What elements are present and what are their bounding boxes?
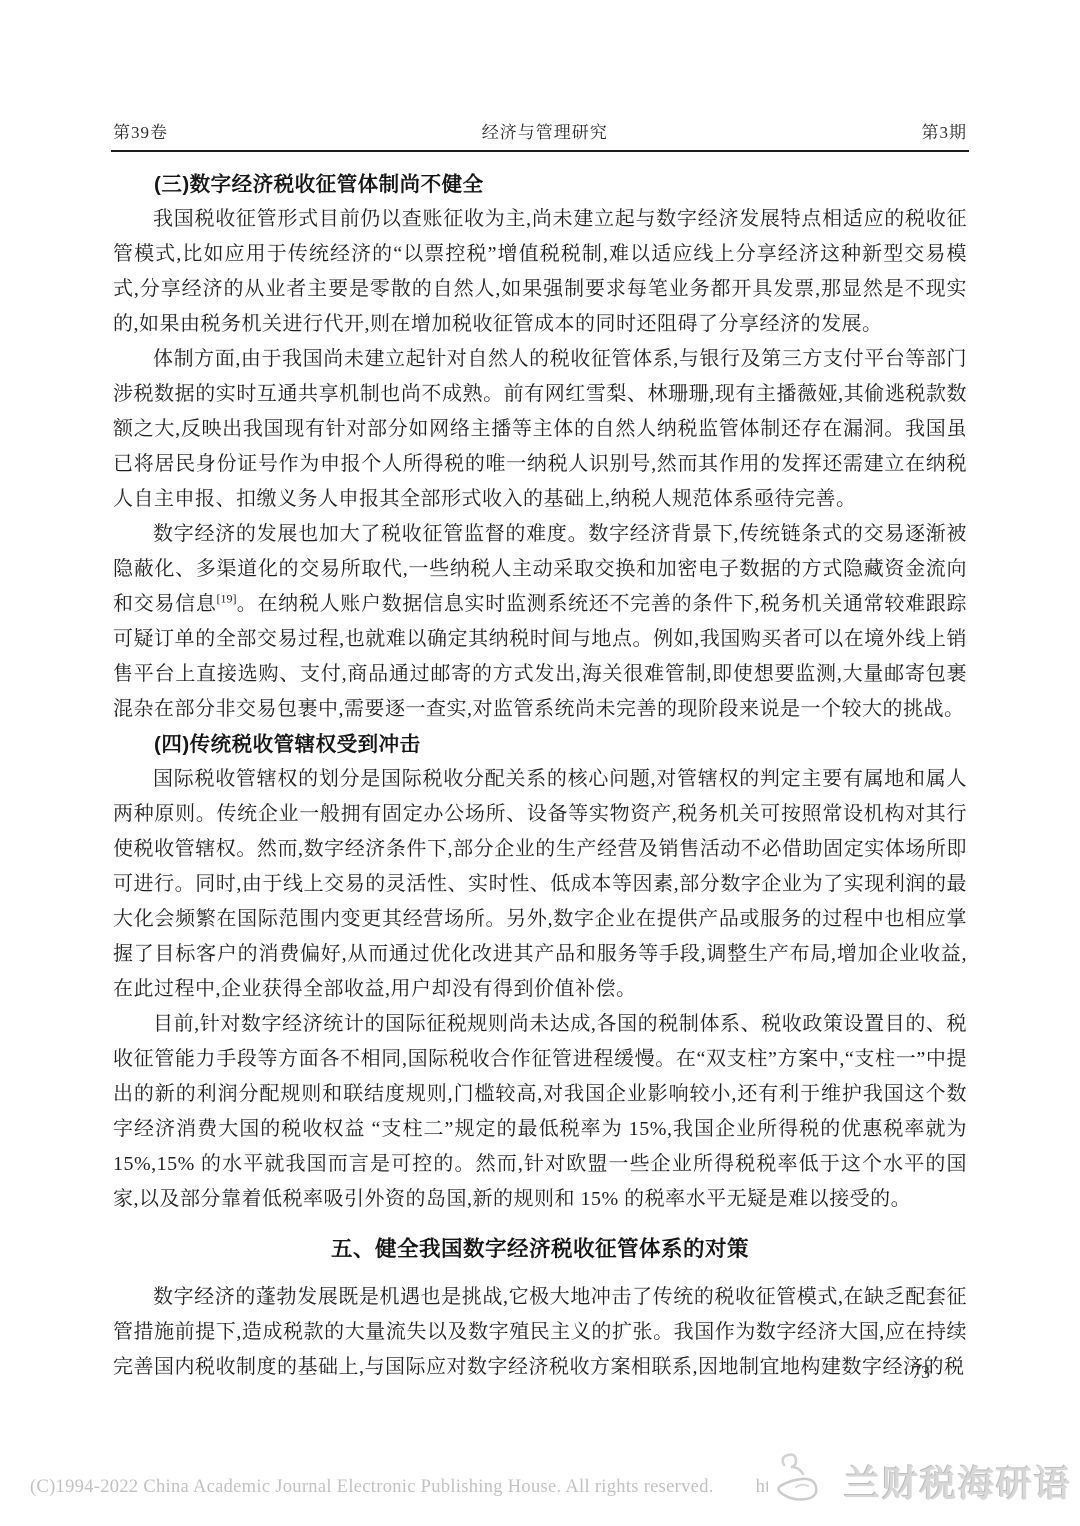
paragraph-6: 数字经济的蓬勃发展既是机遇也是挑战,它极大地冲击了传统的税收征管模式,在缺乏配套… (113, 1280, 967, 1385)
copyright-line: (C)1994-2022 China Academic Journal Elec… (30, 1477, 855, 1498)
article-body: (三)数字经济税收征管体制尚不健全 我国税收征管形式目前仍以查账征收为主,尚未建… (113, 167, 967, 1385)
watermark-logo: 兰财税海研语 (768, 1451, 1072, 1512)
paragraph-4: 国际税收管辖权的划分是国际税收分配关系的核心问题,对管辖权的判定主要有属地和属人… (113, 762, 967, 1007)
journal-title: 经济与管理研究 (482, 118, 608, 143)
section-heading-4: (四)传统税收管辖权受到冲击 (113, 727, 967, 762)
header-rule (111, 150, 969, 152)
page-footer: (C)1994-2022 China Academic Journal Elec… (0, 1446, 1080, 1526)
paragraph-3: 数字经济的发展也加大了税收征管监督的难度。数字经济背景下,传统链条式的交易逐渐被… (113, 517, 967, 727)
swan-logo-icon (774, 1451, 838, 1512)
citation-ref: [19] (217, 591, 237, 605)
volume-label: 第39卷 (113, 118, 168, 143)
paragraph-3-text-cont: 。在纳税人账户数据信息实时监测系统还不完善的条件下,税务机关通常较难跟踪可疑订单… (113, 593, 967, 720)
watermark-text: 兰财税海研语 (844, 1456, 1072, 1507)
page-number: 73 (912, 1362, 930, 1383)
copyright-text: (C)1994-2022 China Academic Journal Elec… (30, 1477, 714, 1497)
section-heading-3: (三)数字经济税收征管体制尚不健全 (113, 167, 967, 202)
page-header: 第39卷 经济与管理研究 第3期 (113, 118, 967, 143)
paragraph-5: 目前,针对数字经济统计的国际征税规则尚未达成,各国的税制体系、税收政策设置目的、… (113, 1007, 967, 1217)
section-heading-5: 五、健全我国数字经济税收征管体系的对策 (113, 1232, 967, 1267)
paragraph-2: 体制方面,由于我国尚未建立起针对自然人的税收征管体系,与银行及第三方支付平台等部… (113, 342, 967, 517)
issue-label: 第3期 (922, 118, 968, 143)
paragraph-1: 我国税收征管形式目前仍以查账征收为主,尚未建立起与数字经济发展特点相适应的税收征… (113, 202, 967, 342)
